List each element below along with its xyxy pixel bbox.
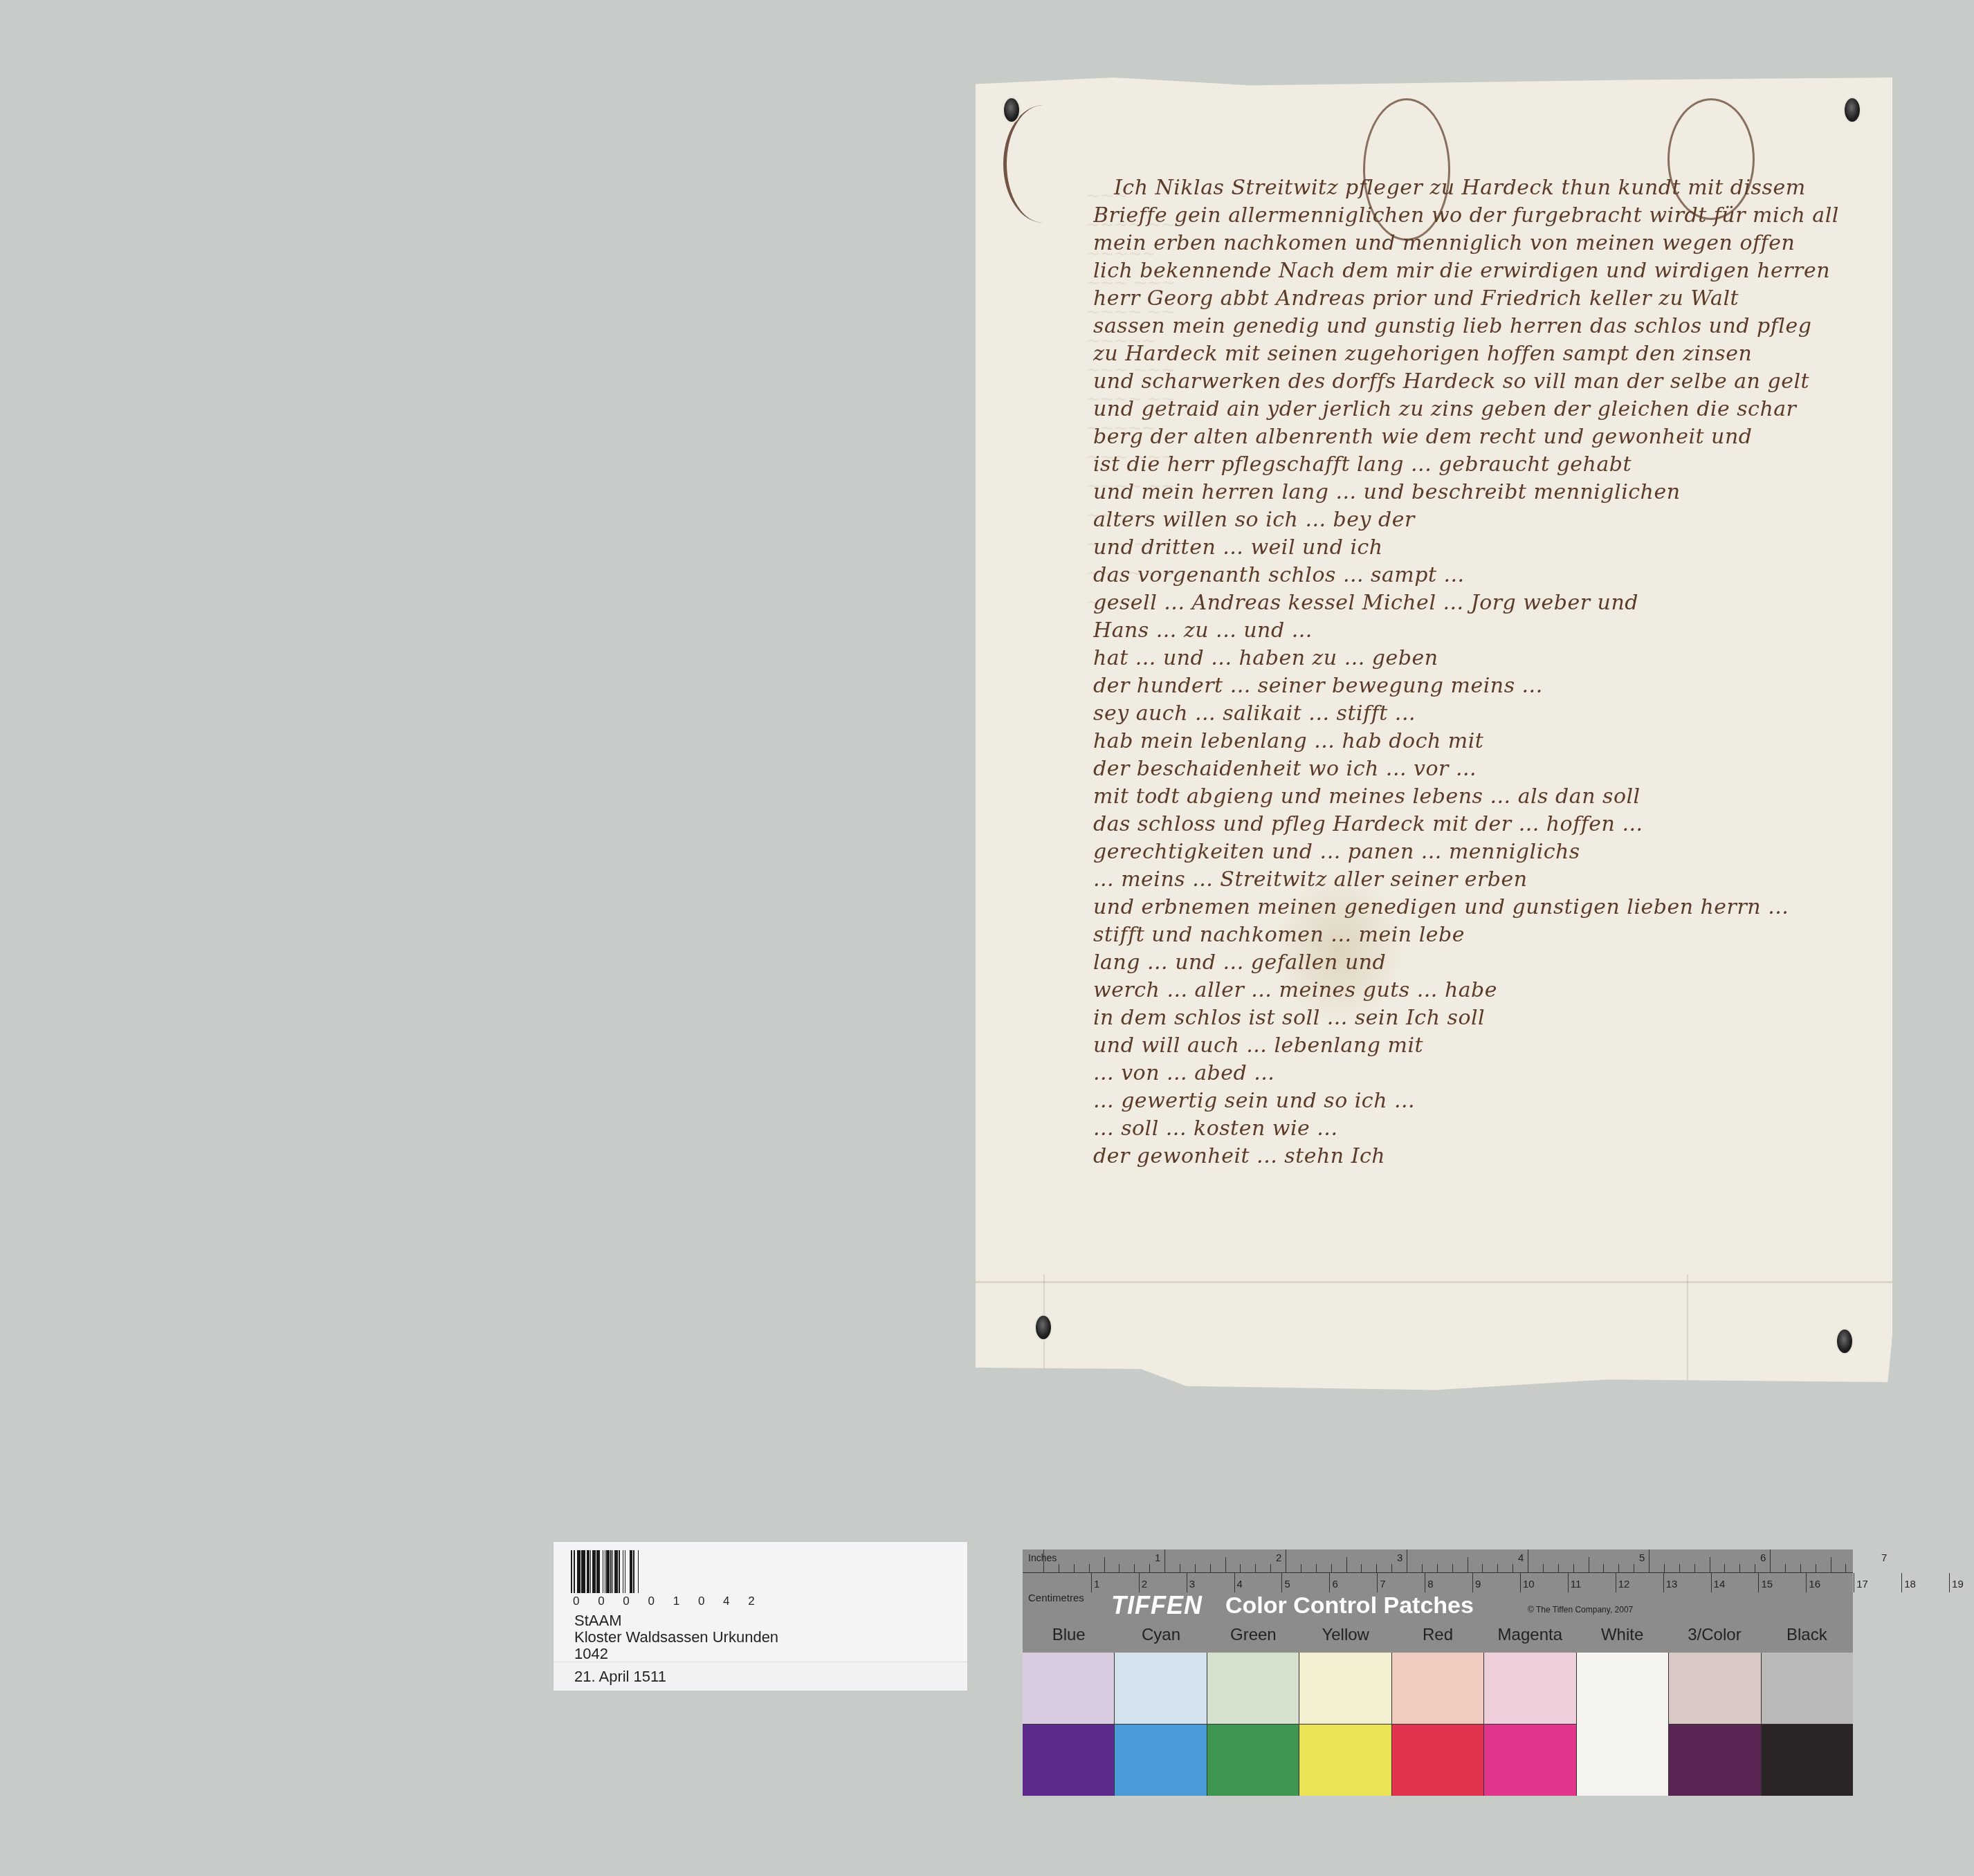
patch-yellow [1299,1653,1391,1796]
ruler-tick [1816,1564,1816,1572]
dark-patch [1299,1725,1391,1796]
cm-tick-label: 5 [1284,1579,1290,1590]
ruler-tick [1558,1564,1559,1572]
manuscript-line: das schloss und pfleg Hardeck mit der ..… [1093,811,1882,838]
pin-hole [1034,1314,1052,1341]
inch-tick-label: 4 [1518,1552,1524,1564]
ruler-tick [1134,1564,1135,1572]
manuscript-line: Hans ... zu ... und ... [1093,617,1882,645]
inch-tick-label: 2 [1276,1552,1281,1564]
light-patch [1577,1653,1668,1725]
ruler-tick [1949,1573,1950,1592]
light-patch [1299,1653,1391,1725]
ruler-tick [1739,1564,1740,1572]
document-date: 21. April 1511 [574,1668,666,1686]
pin-hole [1003,97,1021,123]
ruler-tick [1711,1573,1712,1592]
manuscript-sheet: ~~~ ~~~~ ~~ ~~~~~ ~~~ ~~~ ~~~~ ~~ ~~~~~ … [976,77,1892,1395]
patch-black [1762,1653,1853,1796]
ruler-tick [1845,1564,1846,1572]
ruler-tick [1255,1564,1256,1572]
ruler-tick [1616,1573,1616,1592]
ruler-tick [1180,1564,1180,1572]
light-patch [1207,1653,1299,1725]
copyright-text: © The Tiffen Company, 2007 [1528,1605,1633,1615]
archive-label: 0 0 0 0 1 0 4 2 StAAM Kloster Waldsassen… [554,1542,967,1690]
ruler-tick [1437,1564,1438,1572]
manuscript-line: mit todt abgieng und meines lebens ... a… [1093,783,1882,811]
ruler-tick [1603,1564,1604,1572]
ruler-tick [1770,1549,1771,1572]
cm-tick-label: 11 [1571,1579,1582,1590]
inches-label: Inches [1028,1552,1057,1563]
ruler-tick [1664,1564,1665,1572]
cm-tick-label: 12 [1618,1579,1630,1590]
dark-patch [1207,1725,1299,1796]
ruler-tick [1520,1573,1521,1592]
inch-tick-label: 5 [1639,1552,1645,1564]
manuscript-line: mein erben nachkomen und menniglich von … [1093,230,1882,257]
manuscript-line: ist die herr pflegschafft lang ... gebra… [1093,451,1882,479]
barcode-bar [639,1550,641,1593]
cm-tick-label: 3 [1189,1579,1195,1590]
inch-ruler: Inches 12345678 [1023,1549,1853,1573]
ruler-tick [1568,1573,1569,1592]
ruler-tick [1210,1564,1211,1572]
ruler-tick [1800,1564,1801,1572]
inch-tick-label: 1 [1155,1552,1160,1564]
dark-patch [1484,1725,1575,1796]
ruler-tick [1195,1564,1196,1572]
patch-label: Green [1207,1626,1299,1650]
manuscript-line: ... soll ... kosten wie ... [1093,1115,1882,1143]
manuscript-line: sey auch ... salikait ... stifft ... [1093,700,1882,728]
ruler-tick [1059,1564,1059,1572]
manuscript-line: der gewonheit ... stehn Ich [1093,1143,1882,1170]
cm-tick-label: 4 [1237,1579,1243,1590]
inch-tick-label: 7 [1881,1552,1887,1564]
manuscript-line: und will auch ... lebenlang mit [1093,1032,1882,1060]
pin-hole [1843,97,1861,123]
patch-label: Cyan [1115,1626,1207,1650]
cm-tick-label: 6 [1332,1579,1337,1590]
inch-tick-label: 3 [1397,1552,1402,1564]
manuscript-line: berg der alten albenrenth wie dem recht … [1093,423,1882,451]
manuscript-line: lang ... und ... gefallen und [1093,949,1882,977]
barcode-number: 0 0 0 0 1 0 4 2 [573,1594,762,1608]
ruler-tick [1694,1564,1695,1572]
ruler-tick [1472,1573,1473,1592]
collection-name: Kloster Waldsassen Urkunden [574,1629,778,1646]
manuscript-line: sassen mein genedig und gunstig lieb her… [1093,313,1882,340]
cm-tick-label: 2 [1142,1579,1147,1590]
ruler-tick [1649,1549,1649,1572]
patch-cyan [1115,1653,1207,1796]
manuscript-line: zu Hardeck mit seinen zugehorigen hoffen… [1093,340,1882,368]
manuscript-line: gesell ... Andreas kessel Michel ... Jor… [1093,589,1882,617]
ruler-tick [1618,1564,1619,1572]
ruler-tick [1573,1564,1574,1572]
manuscript-line: und scharwerken des dorffs Hardeck so vi… [1093,368,1882,396]
dark-patch [1577,1725,1668,1796]
dark-patch [1392,1725,1483,1796]
patch-label: Magenta [1484,1626,1576,1650]
ruler-tick [1543,1564,1544,1572]
fold-line [1687,1274,1688,1395]
ruler-tick [1710,1557,1710,1572]
date-strip: 21. April 1511 [554,1662,967,1691]
cm-tick-label: 18 [1904,1579,1916,1590]
light-patch [1484,1653,1575,1725]
ruler-tick [1425,1573,1425,1592]
ruler-tick [1422,1564,1423,1572]
ruler-tick [1755,1564,1755,1572]
ruler-tick [1452,1564,1453,1572]
patch-3-color [1669,1653,1761,1796]
patch-label: White [1576,1626,1668,1650]
archive-name: StAAM [574,1612,778,1629]
ruler-tick [1074,1564,1075,1572]
ruler-tick [1407,1549,1407,1572]
ruler-tick [1301,1564,1301,1572]
patch-green [1207,1653,1299,1796]
dark-patch [1669,1725,1760,1796]
ruler-tick [1091,1573,1092,1592]
cm-tick-label: 9 [1475,1579,1481,1590]
color-patches [1023,1653,1853,1796]
patch-blue [1023,1653,1115,1796]
patch-label: Yellow [1299,1626,1391,1650]
color-control-chart: Inches 12345678 Centimetres TIFFEN Color… [1023,1549,1853,1796]
manuscript-line: alters willen so ich ... bey der [1093,506,1882,534]
light-patch [1023,1653,1114,1725]
light-patch [1669,1653,1760,1725]
light-patch [1115,1653,1206,1725]
ruler-tick [1234,1573,1235,1592]
ruler-tick [1316,1564,1317,1572]
manuscript-line: Ich Niklas Streitwitz pfleger zu Hardeck… [1093,174,1882,202]
pin-hole [1836,1328,1854,1354]
ruler-tick [1468,1557,1468,1572]
cm-tick-label: 19 [1952,1579,1964,1590]
light-patch [1762,1653,1853,1725]
fold-line [976,1281,1892,1283]
ruler-tick [1497,1564,1498,1572]
ruler-tick [1164,1549,1165,1572]
ruler-tick [1376,1564,1377,1572]
ruler-tick [1901,1573,1902,1592]
manuscript-line: und erbnemen meinen genedigen und gunsti… [1093,894,1882,921]
manuscript-line: und getraid ain yder jerlich zu zins geb… [1093,396,1882,423]
cm-tick-label: 15 [1761,1579,1773,1590]
ruler-tick [1634,1564,1634,1572]
manuscript-line: ... gewertig sein und so ich ... [1093,1087,1882,1115]
manuscript-line: Brieffe gein allermenniglichen wo der fu… [1093,202,1882,230]
manuscript-line: werch ... aller ... meines guts ... habe [1093,977,1882,1004]
ruler-tick [1346,1557,1347,1572]
patch-red [1392,1653,1484,1796]
manuscript-line: ... meins ... Streitwitz aller seiner er… [1093,866,1882,894]
dark-patch [1115,1725,1206,1796]
manuscript-line: stifft und nachkomen ... mein lebe [1093,921,1882,949]
light-patch [1392,1653,1483,1725]
inch-tick-label: 6 [1760,1552,1766,1564]
patch-label: Red [1391,1626,1483,1650]
manuscript-line: hab mein lebenlang ... hab doch mit [1093,728,1882,755]
patch-label: Black [1761,1626,1853,1650]
ruler-tick [1377,1573,1378,1592]
cm-tick-label: 10 [1523,1579,1535,1590]
chart-title: Color Control Patches [1225,1592,1474,1619]
cm-tick-label: 7 [1380,1579,1385,1590]
manuscript-line: und mein herren lang ... und beschreibt … [1093,479,1882,506]
ruler-tick [1758,1573,1759,1592]
barcode [571,1550,737,1593]
ruler-tick [1663,1573,1664,1592]
cm-tick-label: 14 [1714,1579,1726,1590]
ruler-tick [1528,1549,1528,1572]
manuscript-line: gerechtigkeiten und ... panen ... mennig… [1093,838,1882,866]
ruler-tick [1187,1573,1187,1592]
patch-labels: BlueCyanGreenYellowRedMagentaWhite3/Colo… [1023,1626,1853,1650]
cm-tick-label: 1 [1094,1579,1099,1590]
ruler-tick [1391,1564,1392,1572]
ruler-tick [1089,1564,1090,1572]
ruler-tick [1104,1557,1105,1572]
ruler-tick [1329,1573,1330,1592]
centimetres-label: Centimetres [1028,1592,1084,1604]
ruler-tick [1785,1564,1786,1572]
ruler-tick [1225,1557,1226,1572]
cm-tick-label: 8 [1427,1579,1433,1590]
manuscript-line: in dem schlos ist soll ... sein Ich soll [1093,1004,1882,1032]
ruler-tick [1286,1549,1286,1572]
patch-label: Blue [1023,1626,1115,1650]
ruler-tick [1513,1564,1513,1572]
brand-logo: TIFFEN [1111,1591,1203,1620]
ruler-tick [1806,1573,1807,1592]
cm-tick-label: 16 [1809,1579,1820,1590]
decorated-initial [1003,105,1083,223]
manuscript-line: lich bekennende Nach dem mir die erwirdi… [1093,257,1882,285]
dark-patch [1762,1725,1853,1796]
manuscript-text: Ich Niklas Streitwitz pfleger zu Hardeck… [1093,174,1882,1170]
patch-label: 3/Color [1668,1626,1760,1650]
ruler-tick [1679,1564,1680,1572]
ruler-tick [1331,1564,1332,1572]
ruler-tick [1831,1557,1831,1572]
ruler-tick [1482,1564,1483,1572]
manuscript-line: das vorgenanth schlos ... sampt ... [1093,562,1882,589]
cm-tick-label: 17 [1856,1579,1868,1590]
manuscript-line: ... von ... abed ... [1093,1060,1882,1087]
manuscript-line: herr Georg abbt Andreas prior und Friedr… [1093,285,1882,313]
ruler-tick [1589,1557,1589,1572]
ruler-tick [1139,1573,1140,1592]
manuscript-line: der hundert ... seiner bewegung meins ..… [1093,672,1882,700]
ruler-tick [1119,1564,1119,1572]
ruler-tick [1270,1564,1271,1572]
patch-magenta [1484,1653,1576,1796]
manuscript-line: hat ... und ... haben zu ... geben [1093,645,1882,672]
ruler-tick [1854,1573,1854,1592]
manuscript-line: der beschaidenheit wo ich ... vor ... [1093,755,1882,783]
ruler-tick [1043,1549,1044,1572]
dark-patch [1023,1725,1114,1796]
document-number: 1042 [574,1646,778,1662]
cm-tick-label: 13 [1666,1579,1678,1590]
manuscript-line: und dritten ... weil und ich [1093,534,1882,562]
ruler-tick [1724,1564,1725,1572]
ruler-tick [1149,1564,1150,1572]
ruler-tick [1281,1573,1282,1592]
ruler-tick [1240,1564,1241,1572]
patch-white [1577,1653,1669,1796]
ruler-tick [1361,1564,1362,1572]
